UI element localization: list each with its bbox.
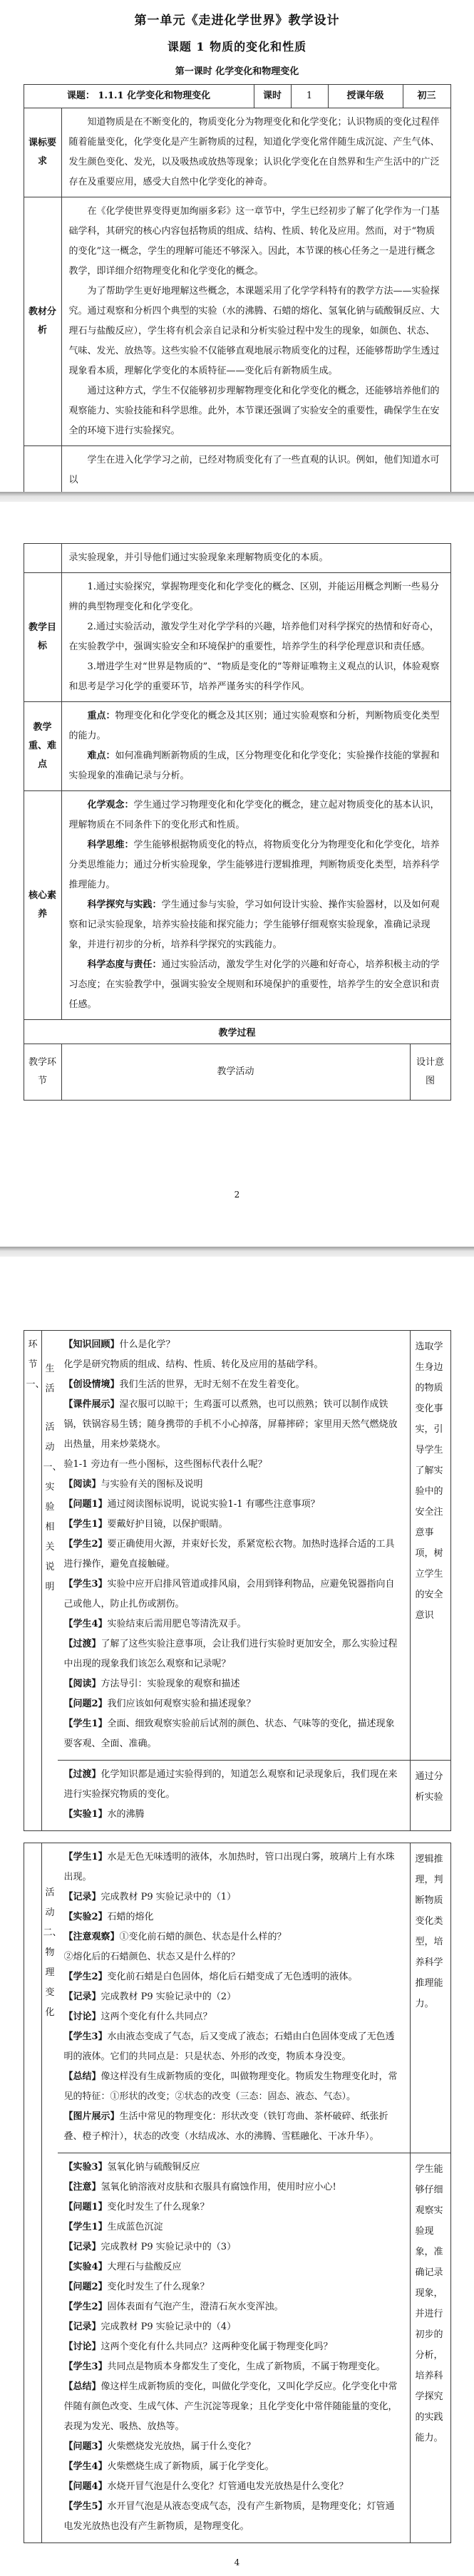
design-intent: 选取学生身边的物质变化事实，引导学生了解实验中的安全注意事项，树立学生的安全意识 xyxy=(410,1331,450,1760)
topic-value: 1.1.1 化学变化和物理变化 xyxy=(98,88,210,104)
column-header-stage: 教学环节 xyxy=(24,1044,61,1100)
paragraph: 【讨论】这两个变化有什么共同点？ xyxy=(64,2007,404,2027)
row-content: 1.通过实验探究，掌握物理变化和化学变化的概念、区别，并能运用概念判断一些易分辨… xyxy=(61,573,450,701)
paragraph: 【实验4】大理石与盐酸反应 xyxy=(64,2257,404,2277)
stage-label: 环节一、 xyxy=(26,1335,40,1395)
page-bottom-space xyxy=(0,1101,474,1185)
paragraph: 【学生2】变化前石蜡是白色固体，熔化后石蜡变成了无色透明的液体。 xyxy=(64,1967,404,1987)
paragraph: 科学思维：学生能够根据物质变化的特点，将物质变化分为物理变化和化学变化，培养分类… xyxy=(69,835,443,895)
column-header-intent: 设计意图 xyxy=(410,1044,450,1100)
paragraph: 化学观念：学生通过学习物理变化和化学变化的概念，建立起对物质变化的基本认识，理解… xyxy=(69,795,443,835)
paragraph: 【实验1】水的沸腾 xyxy=(64,1805,404,1825)
paragraph: 【过渡】化学知识都是通过实验得到的，知道怎么观察和记录现象后，我们现在来进行实验… xyxy=(64,1765,404,1805)
row-content: 录实验现象，并引导他们通过实验现象来理解物质变化的本质。 xyxy=(61,544,450,572)
row-content: 知道物质是在不断变化的，物质变化分为物理变化和化学变化；认识物质的变化过程伴随着… xyxy=(61,108,450,197)
activity-content: 【知识回顾】什么是化学？化学是研究物质的组成、结构、性质、转化及应用的基础学科。… xyxy=(58,1331,410,1760)
paragraph: 【总结】像这样没有生成新物质的变化，叫做物理变化。物质发生物理变化时，常见的特征… xyxy=(64,2067,404,2107)
period-value: 1 xyxy=(291,85,328,108)
design-intent: 学生能够仔细观察实验现象，准确记录现象，并进行初步的分析，培养科学探究的实践能力… xyxy=(410,2153,450,2542)
paragraph: 1.通过实验探究，掌握物理变化和化学变化的概念、区别，并能运用概念判断一些易分辨… xyxy=(69,577,443,617)
paragraph: 学生在进入化学学习之前，已经对物质变化有了一些直观的认识。例如，他们知道水可以 xyxy=(69,450,443,490)
topic-label: 课题： xyxy=(67,88,95,104)
paragraph: 【实验3】氢氧化钠与硫酸铜反应 xyxy=(64,2158,404,2178)
paragraph: 【学生3】实验中应开启排风管道或排风扇，会用到锋利物品，应避免锐器指向自己或他人… xyxy=(64,1575,404,1614)
row-label: 教材分析 xyxy=(24,197,61,445)
paragraph: 【注意】氢氧化钠溶液对皮肤和衣服具有腐蚀作用，使用时应小心! xyxy=(64,2178,404,2198)
paragraph: 【学生3】水由液态变成了气态，后又变成了液态；石蜡由白色固体变成了无色透明的液体… xyxy=(64,2027,404,2067)
activity-label-cell: 活动二、物理变化 xyxy=(41,1843,58,2542)
row-teaching-objectives: 教学目标 1.通过实验探究，掌握物理变化和化学变化的概念、区别，并能运用概念判断… xyxy=(24,572,450,701)
lesson-plan-table: 课题： 1.1.1 化学变化和物理变化 课时 1 授课年级 初三 课标要求 知道… xyxy=(24,84,451,492)
table-header-row: 课题： 1.1.1 化学变化和物理变化 课时 1 授课年级 初三 xyxy=(24,85,450,108)
row-content: 学生在进入化学学习之前，已经对物质变化有了一些直观的认识。例如，他们知道水可以 xyxy=(61,446,450,492)
activity-label-cell: 生活 活动一、实验相关说明 xyxy=(41,1331,58,1830)
paragraph: 【问题2】变化时发生了什么现象？ xyxy=(64,2277,404,2297)
paragraph: 【讨论】这两个变化有什么共同点？这两种变化属于物理变化吗？ xyxy=(64,2337,404,2357)
paragraph: 通过这种方式，学生不仅能够初步理解物理变化和化学变化的概念，还能够培养他们的观察… xyxy=(69,381,443,441)
row-learner-analysis-start: 学生在进入化学学习之前，已经对物质变化有了一些直观的认识。例如，他们知道水可以 xyxy=(24,445,450,492)
period-label: 课时 xyxy=(254,85,291,108)
activity-row: 【学生1】水是无色无味透明的液体，水加热时，管口出现白雾，玻璃片上有水珠出现。【… xyxy=(58,1843,450,2153)
stage-label-cell: 环节一、 xyxy=(24,1331,41,1830)
paragraph: 重点：物理变化和化学变化的概念及其区别；通过实验观察和分析，判断物质变化类型的能… xyxy=(69,706,443,746)
activity-rows: 【学生1】水是无色无味透明的液体，水加热时，管口出现白雾，玻璃片上有水珠出现。【… xyxy=(58,1843,450,2542)
paragraph: 2.通过实验活动，激发学生对化学学科的兴趣，培养他们对科学探究的热情和好奇心，在… xyxy=(69,617,443,657)
row-label: 教学目标 xyxy=(24,573,61,701)
paragraph: 【学生4】火柴燃烧生成了新物质，属于化学变化。 xyxy=(64,2457,404,2477)
activity-content: 【过渡】化学知识都是通过实验得到的，知道怎么观察和记录现象后，我们现在来进行实验… xyxy=(58,1761,410,1830)
row-label: 课标要求 xyxy=(24,108,61,197)
row-core-competencies: 核心素养 化学观念：学生通过学习物理变化和化学变化的概念，建立起对物质变化的基本… xyxy=(24,790,450,1019)
paragraph: 在《化学使世界变得更加绚丽多彩》这一章节中，学生已经初步了解了化学作为一门基础学… xyxy=(69,202,443,282)
document-page-3: 环节一、 生活 活动一、实验相关说明 【知识回顾】什么是化学？化学是研究物质的组… xyxy=(0,1257,474,2576)
activity-row: 【过渡】化学知识都是通过实验得到的，知道怎么观察和记录现象后，我们现在来进行实验… xyxy=(58,1760,450,1830)
paragraph: 【学生2】要正确使用火源，并束好长发，系紧宽松衣物。加热时选择合适的工具进行操作… xyxy=(64,1535,404,1575)
paragraph: 验1-1 旁边有一些小图标，这些图标代表什么呢？ xyxy=(64,1455,404,1475)
paragraph: 科学态度与责任：通过实验活动，激发学生对化学的兴趣和好奇心，培养积极主动的学习态… xyxy=(69,955,443,1015)
paragraph: 【学生1】全面、细致观察实验前后试剂的颜色、状态、气味等的变化，描述现象要客观、… xyxy=(64,1714,404,1754)
row-content: 在《化学使世界变得更加绚丽多彩》这一章节中，学生已经初步了解了化学作为一门基础学… xyxy=(61,197,450,445)
paragraph: 【问题2】我们应该如何观察实验和描述现象？ xyxy=(64,1694,404,1714)
doc-subtitle: 课题 1 物质的变化和性质 xyxy=(0,38,474,54)
paragraph: 难点：如何准确判断新物质的生成，区分物理变化和化学变化；实验操作技能的掌握和实验… xyxy=(69,746,443,786)
paragraph: 【学生3】共同点是物质本身都发生了变化，生成了新物质，不属于物理变化。 xyxy=(64,2357,404,2377)
paragraph: 【课件展示】湿衣服可以晾干；生鸡蛋可以煮熟，也可以煎熟；铁可以制作成铁锅，铁锅容… xyxy=(64,1395,404,1455)
grade-value: 初三 xyxy=(403,85,450,108)
paragraph: 【问题1】变化时发生了什么现象？ xyxy=(64,2198,404,2217)
paragraph: 【问题3】火柴燃烧发光放热，属于什么变化？ xyxy=(64,2437,404,2457)
row-content: 重点：物理变化和化学变化的概念及其区别；通过实验观察和分析，判断物质变化类型的能… xyxy=(61,702,450,790)
process-table-section-1: 环节一、 生活 活动一、实验相关说明 【知识回顾】什么是化学？化学是研究物质的组… xyxy=(24,1330,451,1831)
stage-label-cell xyxy=(24,1843,41,2542)
row-curriculum-standard: 课标要求 知道物质是在不断变化的，物质变化分为物理变化和化学变化；认识物质的变化… xyxy=(24,108,450,197)
paragraph: 【问题4】水烧开冒气泡是什么变化？灯管通电发光放热是什么变化？ xyxy=(64,2477,404,2497)
paragraph: 化学是研究物质的组成、结构、性质、转化及应用的基础学科。 xyxy=(64,1355,404,1375)
row-label: 教学重、难点 xyxy=(24,702,61,790)
lesson-plan-table-continued: 录实验现象，并引导他们通过实验现象来理解物质变化的本质。 教学目标 1.通过实验… xyxy=(24,543,451,1101)
paragraph: 为了帮助学生更好地理解这些概念，本课题采用了化学学科特有的教学方法——实验探究。… xyxy=(69,282,443,381)
paragraph: 录实验现象，并引导他们通过实验现象来理解物质变化的本质。 xyxy=(69,548,443,568)
paragraph: 知道物质是在不断变化的，物质变化分为物理变化和化学变化；认识物质的变化过程伴随着… xyxy=(69,113,443,192)
activity-label-life: 生活 xyxy=(43,1359,57,1399)
activity-label-1: 活动一、实验相关说明 xyxy=(43,1418,57,1597)
paragraph: 【阅读】与实验有关的图标及说明 xyxy=(64,1475,404,1495)
paragraph: 【知识回顾】什么是化学？ xyxy=(64,1335,404,1355)
paragraph: 【学生5】水开冒气泡是从液态变成气态，没有产生新物质，是物理变化；灯管通电发光放… xyxy=(64,2497,404,2537)
paragraph: 【创设情境】我们生活的世界，无时无刻不在发生着变化。 xyxy=(64,1375,404,1395)
paragraph: 【学生1】水是无色无味透明的液体，水加热时，管口出现白雾，玻璃片上有水珠出现。 xyxy=(64,1848,404,1887)
page-break xyxy=(0,1247,474,1257)
paragraph: 【学生4】实验结束后需用肥皂等清洗双手。 xyxy=(64,1614,404,1634)
page-number: 2 xyxy=(0,1185,474,1247)
paragraph: 【过渡】了解了这些实验注意事项，会让我们进行实验时更加安全，那么实验过程中出现的… xyxy=(64,1634,404,1674)
paragraph: 【问题1】通过阅读图标说明，说说实验1-1 有哪些注意事项？ xyxy=(64,1495,404,1515)
row-key-difficult-points: 教学重、难点 重点：物理变化和化学变化的概念及其区别；通过实验观察和分析，判断物… xyxy=(24,701,450,790)
row-textbook-analysis: 教材分析 在《化学使世界变得更加绚丽多彩》这一章节中，学生已经初步了解了化学作为… xyxy=(24,197,450,445)
paragraph: 【记录】完成教材 P9 实验记录中的（2） xyxy=(64,1987,404,2007)
document-page-2: 录实验现象，并引导他们通过实验现象来理解物质变化的本质。 教学目标 1.通过实验… xyxy=(0,502,474,1247)
process-column-headers: 教学环节 教学活动 设计意图 xyxy=(24,1044,450,1100)
paragraph: 【实验2】石蜡的熔化 xyxy=(64,1907,404,1927)
row-content: 化学观念：学生通过学习物理变化和化学变化的概念，建立起对物质变化的基本认识，理解… xyxy=(61,791,450,1019)
page-number: 4 xyxy=(0,2553,474,2576)
paragraph: 【图片展示】生活中常见的物理变化：形状改变（铁钉弯曲、茶杯破碎、纸张折叠、橙子榨… xyxy=(64,2107,404,2147)
activity-content: 【学生1】水是无色无味透明的液体，水加热时，管口出现白雾，玻璃片上有水珠出现。【… xyxy=(58,1843,410,2153)
teaching-process-header: 教学过程 xyxy=(24,1019,450,1044)
paragraph: 科学探究与实践：学生通过参与实验，学习如何设计实验、操作实验器材，以及如何观察和… xyxy=(69,895,443,955)
activity-content: 【实验3】氢氧化钠与硫酸铜反应【注意】氢氧化钠溶液对皮肤和衣服具有腐蚀作用，使用… xyxy=(58,2153,410,2542)
row-label: 核心素养 xyxy=(24,791,61,1019)
design-intent: 通过分析实验 xyxy=(410,1761,450,1830)
paragraph: 【学生1】要戴好护目镜，以保护眼睛。 xyxy=(64,1515,404,1535)
activity-row: 【知识回顾】什么是化学？化学是研究物质的组成、结构、性质、转化及应用的基础学科。… xyxy=(58,1331,450,1760)
design-intent: 逻辑推理，判断物质变化类型，培养科学推理能力。 xyxy=(410,1843,450,2153)
row-label xyxy=(24,544,61,572)
paragraph: 【学生2】固体表面有气泡产生，澄清石灰水变浑浊。 xyxy=(64,2297,404,2317)
process-table-section-2: 活动二、物理变化 【学生1】水是无色无味透明的液体，水加热时，管口出现白雾，玻璃… xyxy=(24,1843,451,2543)
paragraph: 【总结】像这样生成新物质的变化，叫做化学变化，又叫化学反应。化学变化中常伴随有颜… xyxy=(64,2377,404,2437)
doc-title: 第一单元《走进化学世界》教学设计 xyxy=(0,10,474,28)
paragraph: 【注意观察】①变化前石蜡的颜色、状态是什么样的？ xyxy=(64,1927,404,1947)
document-page-1: 第一单元《走进化学世界》教学设计 课题 1 物质的变化和性质 第一课时 化学变化… xyxy=(0,0,474,492)
activity-rows: 【知识回顾】什么是化学？化学是研究物质的组成、结构、性质、转化及应用的基础学科。… xyxy=(58,1331,450,1830)
topic-cell: 课题： 1.1.1 化学变化和物理变化 xyxy=(24,85,254,108)
paragraph: 【阅读】方法导引：实验现象的观察和描述 xyxy=(64,1674,404,1694)
page-break xyxy=(0,492,474,502)
paragraph: 【记录】完成教材 P9 实验记录中的（3） xyxy=(64,2237,404,2257)
activity-row: 【实验3】氢氧化钠与硫酸铜反应【注意】氢氧化钠溶液对皮肤和衣服具有腐蚀作用，使用… xyxy=(58,2153,450,2542)
paragraph: 【记录】完成教材 P9 实验记录中的（1） xyxy=(64,1887,404,1907)
grade-label: 授课年级 xyxy=(328,85,403,108)
paragraph: 3.增进学生对“世界是物质的”、“物质是变化的”等辩证唯物主义观点的认识，体验观… xyxy=(69,657,443,697)
paragraph: 【学生1】生成蓝色沉淀 xyxy=(64,2217,404,2237)
row-learner-analysis-end: 录实验现象，并引导他们通过实验现象来理解物质变化的本质。 xyxy=(24,544,450,572)
paragraph: ②熔化后的石蜡颜色、状态又是什么样的？ xyxy=(64,1947,404,1967)
paragraph: 【记录】完成教材 P9 实验记录中的（4） xyxy=(64,2317,404,2337)
row-label xyxy=(24,446,61,492)
column-header-activity: 教学活动 xyxy=(61,1044,410,1100)
activity-label-2: 活动二、物理变化 xyxy=(43,1883,57,2023)
lesson-title: 第一课时 化学变化和物理变化 xyxy=(0,63,474,77)
